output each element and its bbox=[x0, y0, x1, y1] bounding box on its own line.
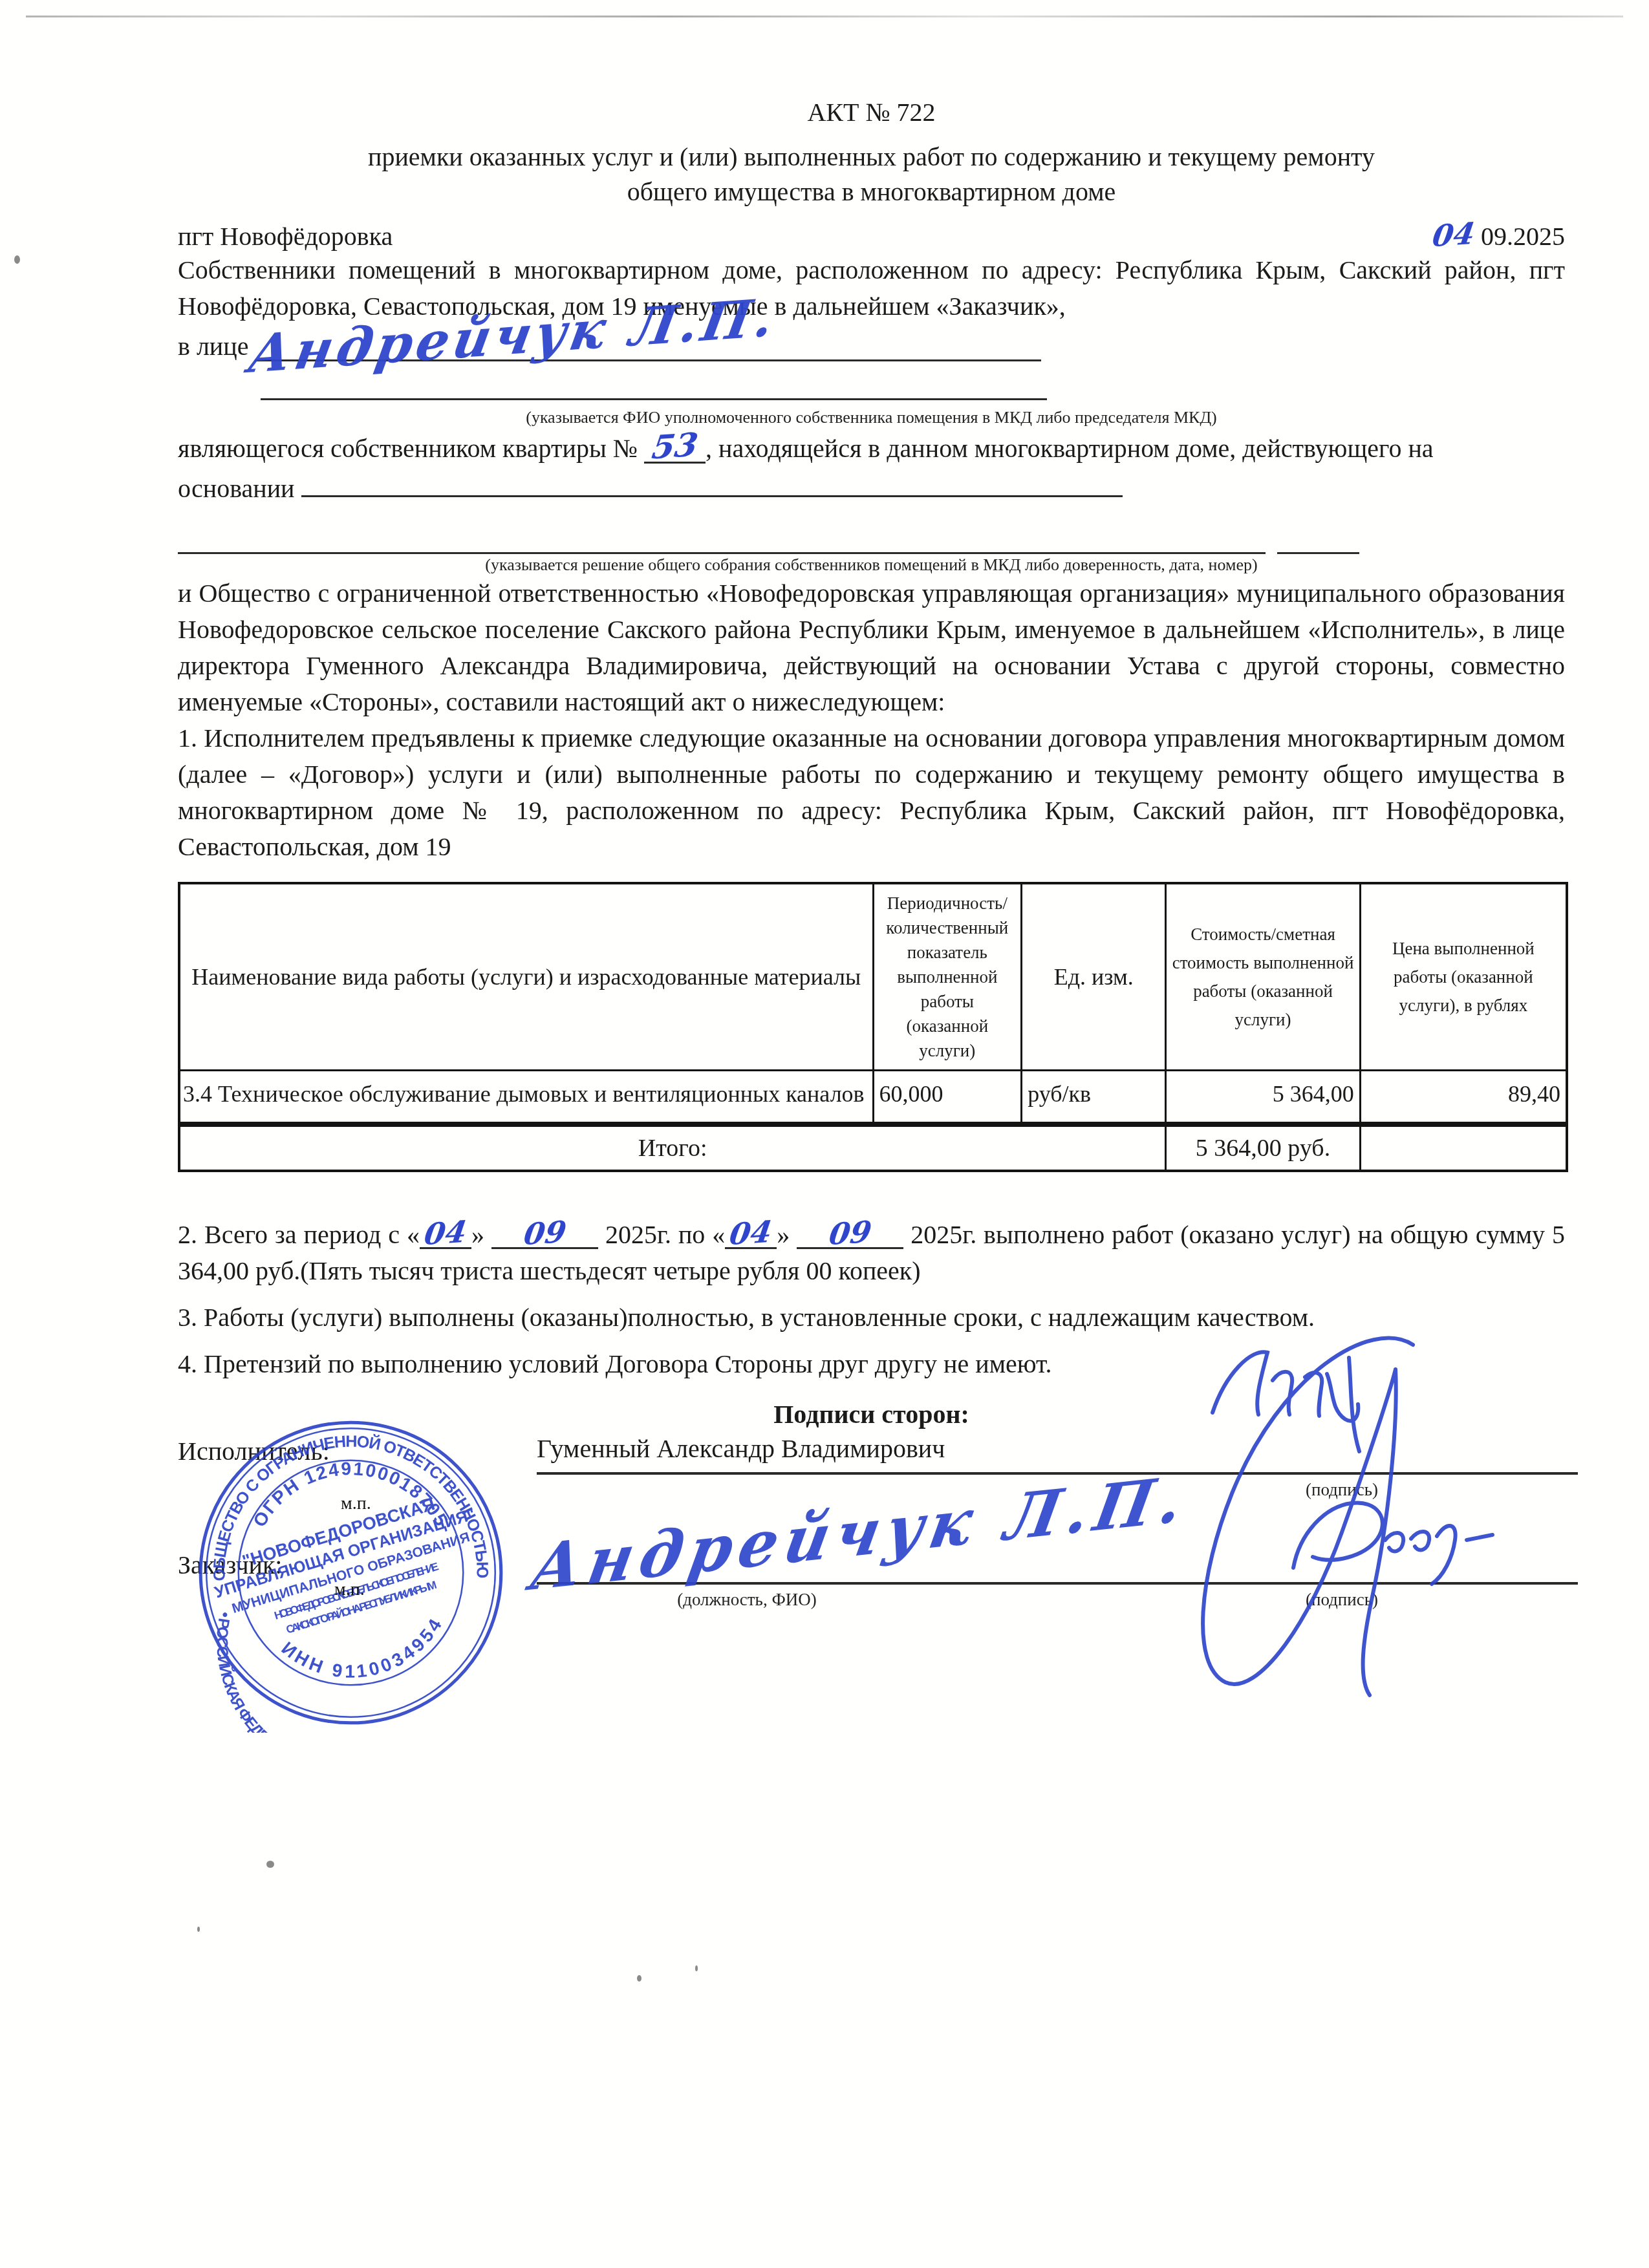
company-round-stamp: ОБЩЕСТВО С ОГРАНИЧЕННОЙ ОТВЕТСТВЕННОСТЬЮ… bbox=[191, 1413, 511, 1733]
in-person-label: в лице bbox=[178, 332, 248, 361]
scanned-act-document: АКТ № 722 приемки оказанных услуг и (или… bbox=[0, 0, 1649, 2268]
decision-note: (указывается решение общего собрания соб… bbox=[178, 555, 1565, 575]
cell-periodicity: 60,000 bbox=[873, 1071, 1022, 1125]
date-printed: 09.2025 bbox=[1481, 222, 1565, 251]
cell-unit: руб/кв bbox=[1022, 1071, 1166, 1125]
total-value: 5 364,00 руб. bbox=[1166, 1124, 1360, 1171]
cell-price: 89,40 bbox=[1360, 1071, 1567, 1125]
mp-label-1: м.п. bbox=[341, 1493, 371, 1514]
apartment-line: являющегося собственником квартиры № 53,… bbox=[178, 428, 1565, 467]
table-row: 3.4 Техническое обслуживание дымовых и в… bbox=[179, 1071, 1567, 1125]
total-label: Итого: bbox=[179, 1124, 1166, 1171]
header-name: Наименование вида работы (услуги) и изра… bbox=[179, 883, 873, 1071]
customer-signature-flourish bbox=[1293, 1503, 1493, 1584]
handwritten-period-day2: 04 bbox=[727, 1214, 775, 1252]
item1-paragraph: 1. Исполнителем предъявлены к приемке сл… bbox=[178, 720, 1565, 865]
header-periodicity: Периодичность/ количественный показатель… bbox=[873, 883, 1022, 1071]
header-cost: Стоимость/сметная стоимость выполненной … bbox=[1166, 883, 1360, 1071]
date-group: 04 09.2025 bbox=[1433, 217, 1565, 252]
place-label: пгт Новофёдоровка bbox=[178, 221, 393, 251]
handwritten-apartment-number: 53 bbox=[649, 427, 700, 466]
cell-cost: 5 364,00 bbox=[1166, 1071, 1360, 1125]
table-total-row: Итого: 5 364,00 руб. bbox=[179, 1124, 1567, 1171]
basis-line: основании bbox=[178, 469, 1565, 509]
cell-work-name: 3.4 Техническое обслуживание дымовых и в… bbox=[179, 1071, 873, 1125]
dolzhnost-note: (должность, ФИО) bbox=[643, 1590, 850, 1610]
empty-blank-line bbox=[261, 375, 1565, 403]
executor-name: Гуменный Александр Владимирович bbox=[537, 1433, 945, 1464]
apartment-number-blank: 53 bbox=[644, 428, 706, 464]
header-price: Цена выполненной работы (оказанной услуг… bbox=[1360, 883, 1567, 1071]
pen-signature-strokes bbox=[1067, 1312, 1520, 1765]
works-table: Наименование вида работы (услуги) и изра… bbox=[178, 882, 1568, 1172]
fio-note: (указывается ФИО уполномоченного собстве… bbox=[178, 407, 1565, 428]
act-subtitle-line2: общего имущества в многоквартирном доме bbox=[178, 175, 1565, 209]
company-paragraph: и Общество с ограниченной ответственност… bbox=[178, 575, 1565, 720]
signatures-block: ОБЩЕСТВО С ОГРАНИЧЕННОЙ ОТВЕТСТВЕННОСТЬЮ… bbox=[178, 1432, 1565, 2143]
basis-blank-line bbox=[301, 469, 1123, 497]
basis-label: основании bbox=[178, 474, 295, 503]
total-empty-cell bbox=[1360, 1124, 1567, 1171]
continuation-blank-line bbox=[178, 546, 1565, 548]
act-subtitle-line1: приемки оказанных услуг и (или) выполнен… bbox=[178, 140, 1565, 175]
handwritten-period-day1: 04 bbox=[422, 1214, 469, 1252]
handwritten-date-day: 04 bbox=[1430, 216, 1477, 253]
item2-paragraph: 2. Всего за период с «04» 09 2025г. по «… bbox=[178, 1215, 1565, 1289]
handwritten-period-month1: 09 bbox=[521, 1214, 568, 1252]
table-header-row: Наименование вида работы (услуги) и изра… bbox=[179, 883, 1567, 1071]
handwritten-period-month2: 09 bbox=[826, 1214, 874, 1252]
header-unit: Ед. изм. bbox=[1022, 883, 1166, 1071]
mp-label-2: м.п. bbox=[334, 1579, 365, 1600]
act-title: АКТ № 722 bbox=[178, 97, 1565, 128]
in-person-line: в лице Андрейчук Л.П. bbox=[178, 330, 1565, 370]
